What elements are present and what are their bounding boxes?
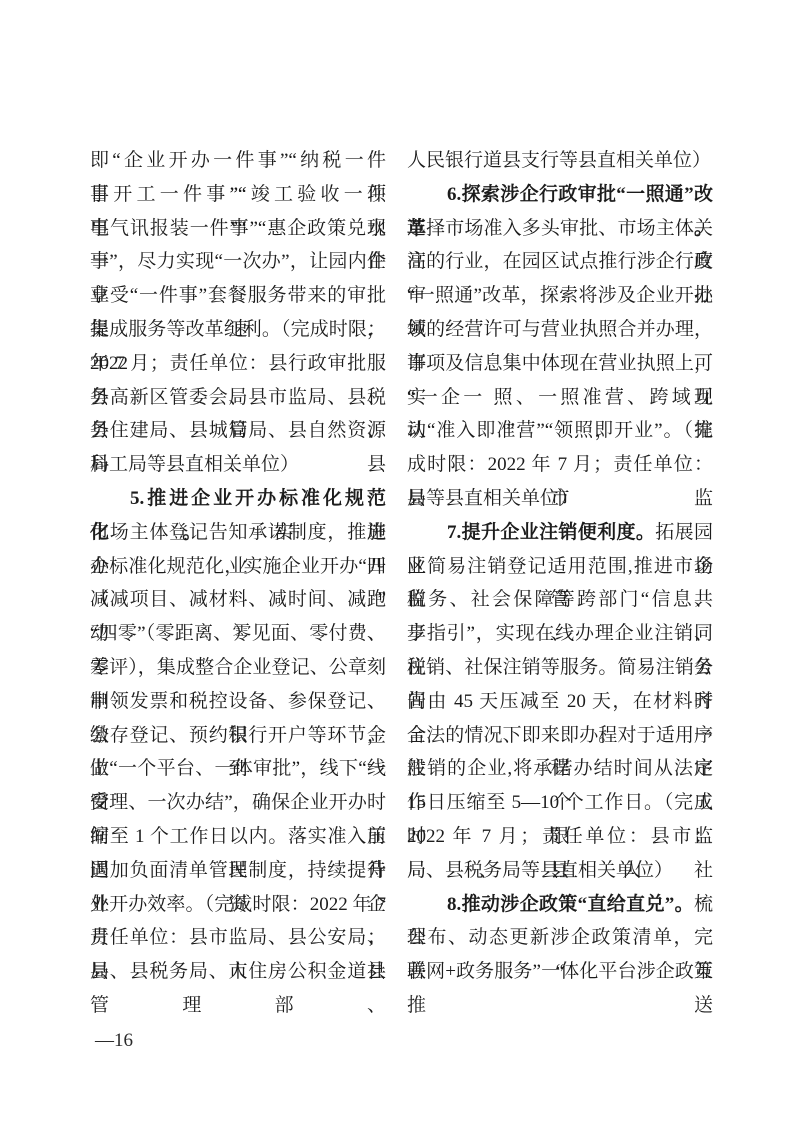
text-line: 事项及信息集中体现在营业执照上，实现: [407, 347, 713, 381]
text-line: 注销的企业,将承诺办结时间从法定 15 个工: [407, 752, 713, 786]
text-line: 上“一个平台、一体审批”，线下“一窗: [90, 752, 386, 786]
text-line: 7.提升企业注销便利度。拓展园区企: [407, 516, 713, 550]
text-line: 选择市场准入多头审批、市场主体关注度: [407, 212, 713, 246]
text-line: 局、县税务局等县直相关单位）: [407, 854, 713, 888]
text-line: 6.探索涉企行政审批“一照通”改革。: [407, 178, 713, 212]
text-line: （减项目、减材料、减时间、减跑动）、: [90, 583, 386, 617]
text-line: 事”，尽力实现“一次办”，让园内企业: [90, 245, 386, 279]
text-line: 间由 45 天压减至 20 天，在材料齐全、程序: [407, 685, 713, 719]
text-line: 业开办效率。（完成时限：2022 年 7 月；: [90, 888, 386, 922]
text-line: 差评），集成整合企业登记、公章刻制、: [90, 651, 386, 685]
text-line: 联网+政务服务”一体化平台涉企政策推送: [407, 955, 713, 989]
text-line: 2022 年 7 月；责任单位：县市监局、县人社: [407, 820, 713, 854]
text-line: 缩至 1 个工作日以内。落实准入前国民待: [90, 820, 386, 854]
text-line: 5.推进企业开办标准化规范化。实施: [90, 482, 386, 516]
text-line: 年 7 月；责任单位：县行政审批服务局、: [90, 347, 386, 381]
text-line: 注销、社保注销等服务。简易注销公告时: [407, 651, 713, 685]
text-line: “一企一 照、一照准营、跨域互认”，推: [407, 381, 713, 415]
right-text-column: 人民银行道县支行等县直相关单位）6.探索涉企行政审批“一照通”改革。选择市场准入…: [407, 144, 713, 989]
text-line: 作日压缩至 5—10 个工作日。（完成时限：: [407, 786, 713, 820]
text-line: 局、县税务局、市住房公积金道县管理部、: [90, 955, 386, 989]
text-line: 域的经营许可与营业执照合并办理，许可: [407, 313, 713, 347]
text-line: 遇加负面清单管理制度，持续提升外资企: [90, 854, 386, 888]
text-line: 市场主体登记告知承诺制度，推进企业开: [90, 516, 386, 550]
text-line: 业简易注销登记适用范围,推进市场监管、: [407, 550, 713, 584]
text-run: 局等县直相关单位）: [407, 488, 578, 509]
page-number: —16: [95, 1028, 133, 1054]
text-run: 联网+政务服务”一体化平台涉企政策推送: [407, 961, 713, 1016]
text-line: 税务、社会保障等跨部门“信息共享、同: [407, 583, 713, 617]
text-line: 动“准入即准营”“领照即开业”。（完: [407, 414, 713, 448]
text-line: 责任单位：县市监局、县公安局、县人社: [90, 921, 386, 955]
text-line: 合法的情况下即来即办。对于适用一般程序: [407, 719, 713, 753]
text-line: 人民银行道县支行等县直相关单位）: [407, 144, 713, 178]
text-run: 科工局等县直相关单位）: [90, 454, 299, 475]
text-line: “四零”（零距离、零见面、零付费、零: [90, 617, 386, 651]
text-line: 目开工一件事”“竣工验收一件事”“水: [90, 178, 386, 212]
text-line: 集成服务等改革红利。（完成时限：2022: [90, 313, 386, 347]
text-line: 缴存登记、预约银行开户等环节，做到线: [90, 719, 386, 753]
text-run: 局、县税务局等县直相关单位）: [407, 860, 673, 881]
text-run: 局、县税务局、市住房公积金道县管理部、: [90, 961, 386, 1016]
text-line: 高的行业，在园区试点推行涉企行政审批: [407, 245, 713, 279]
text-line: 步指引”，实现在线办理企业注销、税务: [407, 617, 713, 651]
text-line: 电气讯报装一件事”“惠企政策兑现一件: [90, 212, 386, 246]
bold-run: 8.推动涉企政策“直给直兑”。: [447, 894, 694, 915]
text-line: 8.推动涉企政策“直给直兑”。梳理: [407, 888, 713, 922]
text-line: 即“企业开办一件事”“纳税一件事”“项: [90, 144, 386, 178]
text-line: 县住建局、县城管局、县自然资源局、县: [90, 414, 386, 448]
text-run: 动“准入即准营”“领照即开业”。（完: [407, 420, 713, 441]
document-page: 即“企业开办一件事”“纳税一件事”“项目开工一件事”“竣工验收一件事”“水电气讯…: [0, 0, 793, 1122]
text-line: 受理、一次办结”，确保企业开办时间压: [90, 786, 386, 820]
bold-run: 7.提升企业注销便利度。: [447, 522, 655, 543]
text-line: “一照通”改革，探索将涉及企业开办领: [407, 279, 713, 313]
text-line: 公布、动态更新涉企政策清单，完善“互: [407, 921, 713, 955]
text-run: 人民银行道县支行等县直相关单位）: [407, 150, 711, 171]
text-line: 成时限：2022 年 7 月；责任单位：县市监: [407, 448, 713, 482]
text-line: 申领发票和税控设备、参保登记、公积金: [90, 685, 386, 719]
text-line: 享受“一件事”套餐服务带来的审批提速，: [90, 279, 386, 313]
text-line: 办标准化规范化，实施企业开办“四减”: [90, 550, 386, 584]
text-line: 县高新区管委会、县市监局、县税务局、: [90, 381, 386, 415]
left-text-column: 即“企业开办一件事”“纳税一件事”“项目开工一件事”“竣工验收一件事”“水电气讯…: [90, 144, 386, 989]
